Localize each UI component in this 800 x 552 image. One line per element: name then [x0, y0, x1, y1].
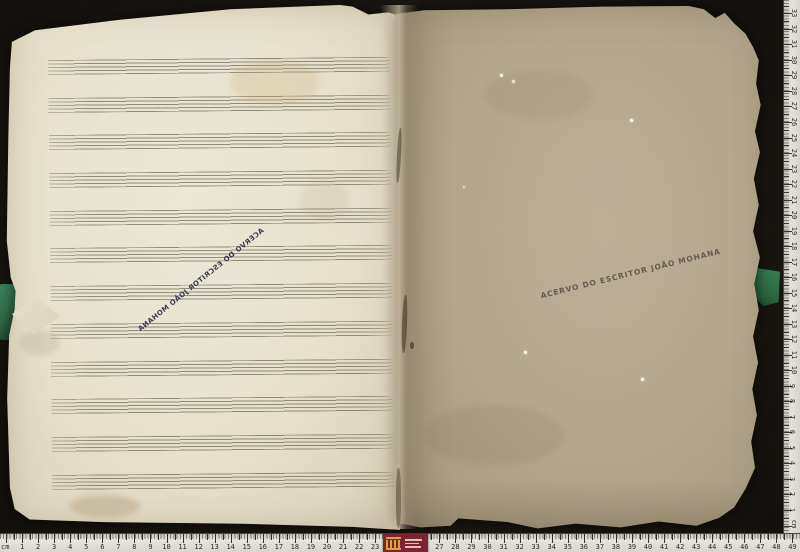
- ruler-number: 31: [499, 543, 507, 551]
- ruler-number: 12: [194, 543, 202, 551]
- ruler-number: 27: [435, 543, 443, 551]
- ruler-halftick: [367, 534, 368, 540]
- ruler-halftick: [191, 534, 192, 540]
- ruler-halftick: [158, 534, 159, 540]
- ruler-number: 10: [162, 543, 170, 551]
- ruler-number: 19: [790, 226, 798, 234]
- ruler-tick: [584, 534, 585, 543]
- ruler-tick: [600, 534, 601, 543]
- ruler-number: 3: [52, 543, 56, 551]
- ruler-halftick: [688, 534, 689, 540]
- ruler-halftick: [784, 145, 789, 146]
- ruler-tick: [712, 534, 713, 543]
- back-cover-page: ACERVO DO ESCRITOR JOÃO MOHANA: [394, 5, 772, 531]
- ruler-number: 23: [371, 543, 379, 551]
- ruler-halftick: [784, 378, 789, 379]
- staff-lines: [52, 434, 394, 452]
- scanner-bed: ACERVO DO ESCRITOR JOÃO MOHANA ACERVO DO…: [0, 0, 800, 552]
- ruler-number: 9: [148, 543, 152, 551]
- ruler-halftick: [784, 425, 789, 426]
- ruler-tick: [504, 534, 505, 543]
- ruler-number: 18: [291, 543, 299, 551]
- ruler-number: 14: [790, 304, 798, 312]
- ruler-number: 1: [788, 508, 796, 512]
- ruler-number: 9: [788, 384, 796, 388]
- ruler-number: 18: [790, 242, 798, 250]
- ruler-number: 43: [692, 543, 700, 551]
- ruler-halftick: [351, 534, 352, 540]
- ruler-number: 22: [355, 543, 363, 551]
- ruler-number: 41: [660, 543, 668, 551]
- paper-stain: [230, 60, 320, 105]
- ruler-number: 42: [676, 543, 684, 551]
- ruler-number: 15: [243, 543, 251, 551]
- ruler-halftick: [528, 534, 529, 540]
- ruler-tick: [183, 534, 184, 543]
- ruler-tick: [776, 534, 777, 543]
- ruler-halftick: [335, 534, 336, 540]
- ruler-tick: [616, 534, 617, 543]
- ruler-tick: [696, 534, 697, 543]
- ruler-halftick: [784, 6, 789, 7]
- ruler-tick: [54, 534, 55, 543]
- ruler-number: 29: [467, 543, 475, 551]
- ruler-tick: [455, 534, 456, 543]
- ruler-halftick: [784, 269, 789, 270]
- ruler-tick: [359, 534, 360, 543]
- ruler-halftick: [784, 161, 789, 162]
- ruler-tick: [488, 534, 489, 543]
- ruler-halftick: [479, 534, 480, 540]
- ruler-halftick: [784, 487, 789, 488]
- ruler-number: 23: [790, 164, 798, 172]
- ruler-number: 13: [790, 320, 798, 328]
- ruler-number: 32: [790, 25, 798, 33]
- ruler-number: 45: [724, 543, 732, 551]
- vertical-ruler-cm: cm 1234567891011121314151617181920212223…: [783, 0, 800, 533]
- archive-stamp-text: ACERVO DO ESCRITOR JOÃO MOHANA: [540, 246, 722, 300]
- dust-speck: [641, 378, 644, 381]
- ruler-halftick: [656, 534, 657, 540]
- ruler-halftick: [784, 207, 789, 208]
- ruler-unit-label: cm: [790, 520, 798, 528]
- ruler-number: 22: [790, 180, 798, 188]
- ruler-halftick: [46, 534, 47, 540]
- cover-smudge: [424, 405, 564, 465]
- ruler-halftick: [784, 394, 789, 395]
- ruler-tick: [664, 534, 665, 543]
- ruler-halftick: [784, 52, 789, 53]
- staff-lines: [52, 471, 394, 489]
- ruler-halftick: [640, 534, 641, 540]
- ruler-number: 20: [323, 543, 331, 551]
- ruler-halftick: [768, 534, 769, 540]
- paper-stain: [20, 330, 60, 355]
- staff-lines: [51, 321, 393, 339]
- manuscript-page-surface: ACERVO DO ESCRITOR JOÃO MOHANA: [6, 4, 400, 530]
- ruler-tick: [279, 534, 280, 543]
- ruler-number: 21: [339, 543, 347, 551]
- ruler-halftick: [784, 534, 785, 540]
- ruler-number: 12: [790, 335, 798, 343]
- ruler-halftick: [207, 534, 208, 540]
- ruler-halftick: [110, 534, 111, 540]
- ruler-number: 10: [790, 366, 798, 374]
- ruler-halftick: [94, 534, 95, 540]
- ruler-halftick: [223, 534, 224, 540]
- ruler-tick: [86, 534, 87, 543]
- spine-tear: [410, 342, 414, 349]
- ruler-halftick: [496, 534, 497, 540]
- ruler-halftick: [784, 114, 789, 115]
- ruler-tick: [167, 534, 168, 543]
- ruler-number: 30: [790, 56, 798, 64]
- ruler-number: 5: [788, 446, 796, 450]
- ruler-tick: [311, 534, 312, 543]
- ruler-halftick: [784, 254, 789, 255]
- ruler-tick: [38, 534, 39, 543]
- ruler-number: 14: [226, 543, 234, 551]
- paper-stain: [70, 495, 140, 517]
- ruler-number: 38: [612, 543, 620, 551]
- ruler-number: 24: [790, 149, 798, 157]
- ruler-tick: [536, 534, 537, 543]
- ruler-tick: [471, 534, 472, 543]
- ruler-halftick: [784, 192, 789, 193]
- ruler-tick: [552, 534, 553, 543]
- ruler-number: 17: [275, 543, 283, 551]
- ruler-number: 5: [84, 543, 88, 551]
- ruler-halftick: [303, 534, 304, 540]
- ruler-halftick: [319, 534, 320, 540]
- ruler-halftick: [30, 534, 31, 540]
- ruler-tick: [247, 534, 248, 543]
- ruler-number: 6: [100, 543, 104, 551]
- ruler-halftick: [255, 534, 256, 540]
- ruler-halftick: [736, 534, 737, 540]
- ruler-halftick: [512, 534, 513, 540]
- ruler-number: 40: [644, 543, 652, 551]
- ruler-tick: [150, 534, 151, 543]
- staff-lines: [50, 245, 392, 263]
- ruler-halftick: [784, 285, 789, 286]
- ruler-number: 33: [531, 543, 539, 551]
- ruler-tick: [728, 534, 729, 543]
- ruler-halftick: [78, 534, 79, 540]
- paper-stain: [300, 180, 350, 220]
- ruler-halftick: [784, 347, 789, 348]
- ruler-halftick: [592, 534, 593, 540]
- ruler-tick: [134, 534, 135, 543]
- ruler-halftick: [784, 332, 789, 333]
- badge-text-lines: [405, 539, 422, 548]
- ruler-tick: [439, 534, 440, 543]
- ruler-tick: [568, 534, 569, 543]
- ruler-number: 36: [580, 543, 588, 551]
- ruler-halftick: [560, 534, 561, 540]
- ruler-tick: [327, 534, 328, 543]
- ruler-tick: [295, 534, 296, 543]
- ruler-halftick: [784, 223, 789, 224]
- ruler-halftick: [784, 176, 789, 177]
- ruler-halftick: [624, 534, 625, 540]
- ruler-halftick: [142, 534, 143, 540]
- ruler-number: 48: [772, 543, 780, 551]
- ruler-number: 4: [788, 461, 796, 465]
- dust-speck: [463, 186, 465, 188]
- ruler-halftick: [126, 534, 127, 540]
- ruler-halftick: [784, 316, 789, 317]
- spine-tear: [396, 468, 401, 528]
- ruler-tick: [648, 534, 649, 543]
- staff-lines: [48, 57, 390, 75]
- ruler-tick: [680, 534, 681, 543]
- ruler-number: 28: [451, 543, 459, 551]
- ruler-number: 3: [788, 477, 796, 481]
- ruler-halftick: [431, 534, 432, 540]
- ruler-number: 16: [259, 543, 267, 551]
- ruler-number: 16: [790, 273, 798, 281]
- ruler-halftick: [784, 440, 789, 441]
- ruler-halftick: [784, 471, 789, 472]
- staff-lines: [51, 358, 393, 376]
- ruler-halftick: [287, 534, 288, 540]
- cover-smudge: [484, 70, 594, 120]
- ruler-number: 32: [515, 543, 523, 551]
- ruler-halftick: [784, 409, 789, 410]
- back-cover-surface: ACERVO DO ESCRITOR JOÃO MOHANA: [394, 5, 772, 531]
- ruler-tick: [263, 534, 264, 543]
- ruler-tick: [520, 534, 521, 543]
- ruler-number: 6: [788, 430, 796, 434]
- ruler-halftick: [447, 534, 448, 540]
- ruler-number: 1: [20, 543, 24, 551]
- ruler-tick: [792, 534, 793, 543]
- ruler-number: 37: [596, 543, 604, 551]
- ruler-halftick: [752, 534, 753, 540]
- ruler-halftick: [784, 518, 789, 519]
- staff-lines: [50, 283, 392, 301]
- library-logo-badge: [383, 534, 428, 552]
- ruler-halftick: [271, 534, 272, 540]
- ruler-number: 25: [790, 133, 798, 141]
- ruler-halftick: [784, 21, 789, 22]
- ruler-unit-label: cm: [1, 543, 9, 551]
- ruler-tick: [343, 534, 344, 543]
- ruler-number: 4: [68, 543, 72, 551]
- ruler-tick: [784, 526, 792, 527]
- ruler-number: 49: [788, 543, 796, 551]
- ruler-halftick: [62, 534, 63, 540]
- ruler-number: 20: [790, 211, 798, 219]
- ruler-number: 26: [790, 118, 798, 126]
- ruler-number: 2: [36, 543, 40, 551]
- ruler-halftick: [784, 130, 789, 131]
- ruler-number: 39: [628, 543, 636, 551]
- ruler-number: 17: [790, 257, 798, 265]
- ruler-halftick: [14, 534, 15, 540]
- staff-lines: [48, 94, 390, 112]
- ruler-number: 11: [790, 351, 798, 359]
- ruler-tick: [760, 534, 761, 543]
- ruler-number: 44: [708, 543, 716, 551]
- ruler-number: 31: [790, 40, 798, 48]
- ruler-halftick: [784, 456, 789, 457]
- ruler-number: 8: [132, 543, 136, 551]
- ruler-tick: [6, 534, 7, 543]
- ruler-number: 8: [788, 399, 796, 403]
- ruler-halftick: [704, 534, 705, 540]
- archive-stamp: ACERVO DO ESCRITOR JOÃO MOHANA: [536, 253, 726, 293]
- ruler-number: 33: [790, 9, 798, 17]
- ruler-halftick: [784, 99, 789, 100]
- manuscript-page: ACERVO DO ESCRITOR JOÃO MOHANA: [6, 4, 400, 530]
- building-icon: [386, 537, 401, 550]
- ruler-number: 30: [483, 543, 491, 551]
- ruler-halftick: [608, 534, 609, 540]
- ruler-tick: [199, 534, 200, 543]
- ruler-number: 7: [788, 415, 796, 419]
- ruler-number: 21: [790, 195, 798, 203]
- ruler-halftick: [463, 534, 464, 540]
- ruler-number: 2: [788, 492, 796, 496]
- dust-speck: [630, 119, 633, 122]
- ruler-halftick: [784, 238, 789, 239]
- staff-lines: [49, 132, 391, 150]
- ruler-tick: [215, 534, 216, 543]
- ruler-halftick: [576, 534, 577, 540]
- staff-lines: [51, 396, 393, 414]
- ruler-number: 34: [547, 543, 555, 551]
- ruler-tick: [231, 534, 232, 543]
- ruler-halftick: [239, 534, 240, 540]
- ruler-number: 29: [790, 71, 798, 79]
- ruler-halftick: [672, 534, 673, 540]
- ruler-halftick: [784, 83, 789, 84]
- ruler-number: 19: [307, 543, 315, 551]
- ruler-number: 15: [790, 288, 798, 296]
- ruler-number: 27: [790, 102, 798, 110]
- ruler-halftick: [175, 534, 176, 540]
- ruler-number: 13: [210, 543, 218, 551]
- ruler-halftick: [544, 534, 545, 540]
- ruler-tick: [375, 534, 376, 543]
- ruler-halftick: [784, 37, 789, 38]
- ruler-number: 28: [790, 87, 798, 95]
- ruler-number: 35: [564, 543, 572, 551]
- ruler-halftick: [720, 534, 721, 540]
- ruler-tick: [22, 534, 23, 543]
- ruler-halftick: [784, 68, 789, 69]
- dust-speck: [524, 351, 527, 354]
- ruler-tick: [744, 534, 745, 543]
- ruler-number: 7: [116, 543, 120, 551]
- ruler-tick: [102, 534, 103, 543]
- ruler-tick: [70, 534, 71, 543]
- ruler-halftick: [784, 300, 789, 301]
- ruler-number: 46: [740, 543, 748, 551]
- music-staves: [48, 57, 394, 490]
- ruler-number: 11: [178, 543, 186, 551]
- ruler-halftick: [784, 502, 789, 503]
- ruler-number: 47: [756, 543, 764, 551]
- ruler-halftick: [784, 363, 789, 364]
- horizontal-ruler-cm: cm 1234567891011121314151617181920212223…: [0, 533, 800, 552]
- ruler-tick: [632, 534, 633, 543]
- ruler-tick: [118, 534, 119, 543]
